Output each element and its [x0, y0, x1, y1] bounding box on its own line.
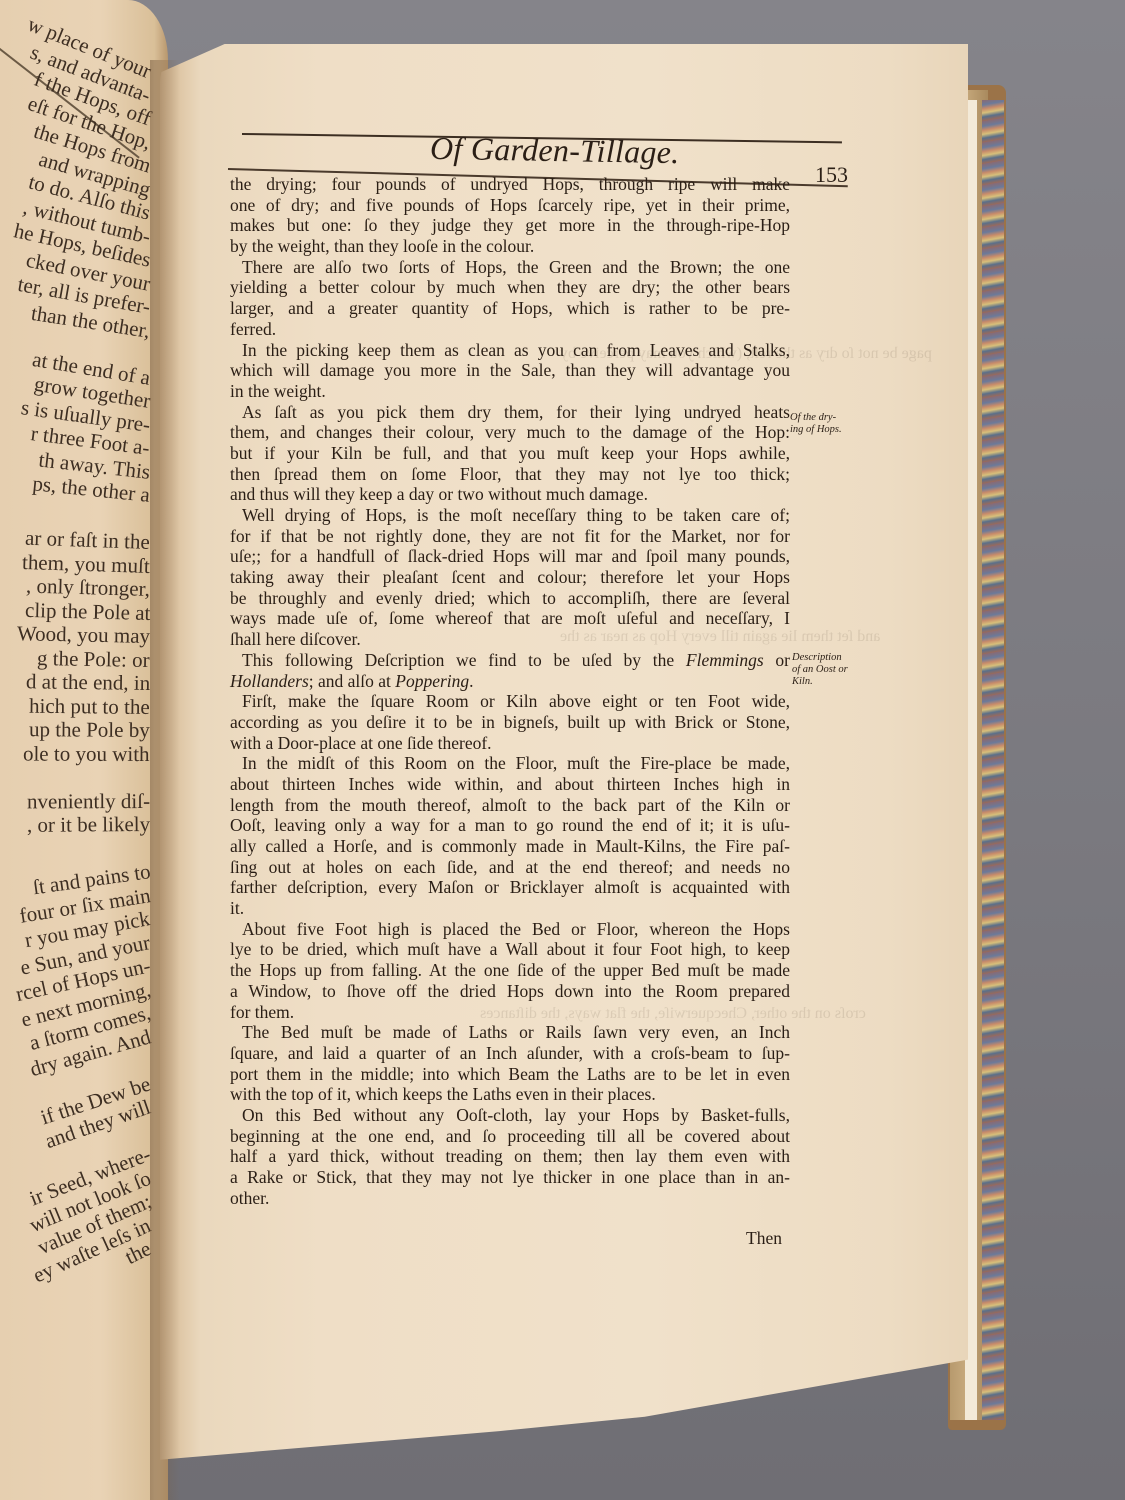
left-page: w place of yours, and advanta-f the Hops…: [0, 0, 168, 1500]
spine-shadow: [150, 60, 180, 1500]
text-line: uſe;; for a handfull of ſlack-dried Hops…: [230, 546, 790, 567]
text-line: the Hops up from falling. At the one ſid…: [230, 960, 790, 981]
text-line: Well drying of Hops, is the moſt neceſſa…: [230, 505, 790, 526]
text-line: with the top of it, which keeps the Lath…: [230, 1084, 790, 1105]
text-line: but if your Kiln be full, and that you m…: [230, 443, 790, 464]
page-body: the drying; four pounds of undryed Hops,…: [230, 174, 790, 1208]
text-line: lye to be dried, which muſt have a Wall …: [230, 939, 790, 960]
text-line: ally called a Horſe, and is commonly mad…: [230, 836, 790, 857]
text-line: ſing out at holes on each ſide, and at t…: [230, 857, 790, 878]
marbled-edge: [982, 100, 1004, 1420]
text-line: ferred.: [230, 319, 790, 340]
text-line: and thus will they keep a day or two wit…: [230, 484, 790, 505]
text-line: for them.: [230, 1002, 790, 1023]
text-line: port them in the middle; into which Beam…: [230, 1064, 790, 1085]
text-line: About five Foot high is placed the Bed o…: [230, 919, 790, 940]
text-line: Ooſt, leaving only a way for a man to go…: [230, 815, 790, 836]
text-line: beginning at the one end, and ſo proceed…: [230, 1126, 790, 1147]
text-line: larger, and a greater quantity of Hops, …: [230, 298, 790, 319]
text-line: On this Bed without any Ooſt-cloth, lay …: [230, 1105, 790, 1126]
left-page-line: hich put to the: [29, 693, 150, 719]
margin-note-line: ing of Hops.: [790, 424, 860, 436]
text-line: ſquare, and laid a quarter of an Inch aſ…: [230, 1043, 790, 1064]
text-line: Firſt, make the ſquare Room or Kiln abov…: [230, 691, 790, 712]
text-line: for if that be not rightly done, they ar…: [230, 526, 790, 547]
margin-note-line: Kiln.: [792, 676, 862, 688]
text-line: according as you deſire it to be in bign…: [230, 712, 790, 733]
margin-note-drying-of-hops: Of the dry-ing of Hops.: [790, 412, 860, 436]
text-line: by the weight, than they looſe in the co…: [230, 236, 790, 257]
text-line: it.: [230, 898, 790, 919]
margin-note-line: Description: [792, 652, 862, 664]
text-line: in the weight.: [230, 381, 790, 402]
text-line: them, and changes their colour, very muc…: [230, 422, 790, 443]
text-line: a Rake or Stick, that they may not lye t…: [230, 1167, 790, 1188]
text-line: yielding a better colour by much when th…: [230, 277, 790, 298]
text-line: In the midſt of this Room on the Floor, …: [230, 753, 790, 774]
text-line: taking away their pleaſant ſcent and col…: [230, 567, 790, 588]
margin-note-line: Of the dry-: [790, 412, 860, 424]
text-line: As ſaſt as you pick them dry them, for t…: [230, 402, 790, 423]
text-line: farther deſcription, every Maſon or Bric…: [230, 877, 790, 898]
text-line: There are alſo two ſorts of Hops, the Gr…: [230, 257, 790, 278]
text-line: which will damage you more in the Sale, …: [230, 360, 790, 381]
text-line: the drying; four pounds of undryed Hops,…: [230, 174, 790, 195]
text-line: with a Door-place at one ſide thereof.: [230, 733, 790, 754]
text-line: a Window, to ſhove off the dried Hops do…: [230, 981, 790, 1002]
left-page-line: , or it be likely: [27, 812, 150, 838]
text-line: about thirteen Inches wide within, and a…: [230, 774, 790, 795]
margin-note-description-of-kiln: Descriptionof an Oost orKiln.: [792, 652, 862, 688]
catchword: Then: [746, 1228, 782, 1249]
text-line: half a yard thick, without treading on t…: [230, 1146, 790, 1167]
left-page-line: up the Pole by: [29, 717, 150, 743]
text-line: The Bed muſt be made of Laths or Rails ſ…: [230, 1022, 790, 1043]
text-line: other.: [230, 1188, 790, 1209]
text-line: ſhall here diſcover.: [230, 629, 790, 650]
text-line: Hollanders; and alſo at Poppering.: [230, 671, 790, 692]
text-line: In the picking keep them as clean as you…: [230, 340, 790, 361]
running-head: Of Garden-Tillage.: [430, 130, 680, 171]
text-line: be throughly and evenly dried; which to …: [230, 588, 790, 609]
left-page-line: g the Pole: or: [37, 646, 150, 673]
text-line: length from the mouth thereof, almoſt to…: [230, 795, 790, 816]
text-line: ways made uſe of, ſome whereof that are …: [230, 608, 790, 629]
margin-note-line: of an Oost or: [792, 664, 862, 676]
left-page-line: Wood, you may: [17, 621, 151, 649]
text-line: then ſpread them on ſome Floor, that the…: [230, 464, 790, 485]
text-line: This following Deſcription we find to be…: [230, 650, 790, 671]
left-page-line: d at the end, in: [26, 669, 151, 696]
text-line: one of dry; and five pounds of Hops ſcar…: [230, 195, 790, 216]
text-line: makes but one: ſo they judge they get mo…: [230, 215, 790, 236]
left-page-line: ole to you with: [23, 741, 150, 766]
left-page-line: nveniently diſ-: [27, 789, 150, 814]
